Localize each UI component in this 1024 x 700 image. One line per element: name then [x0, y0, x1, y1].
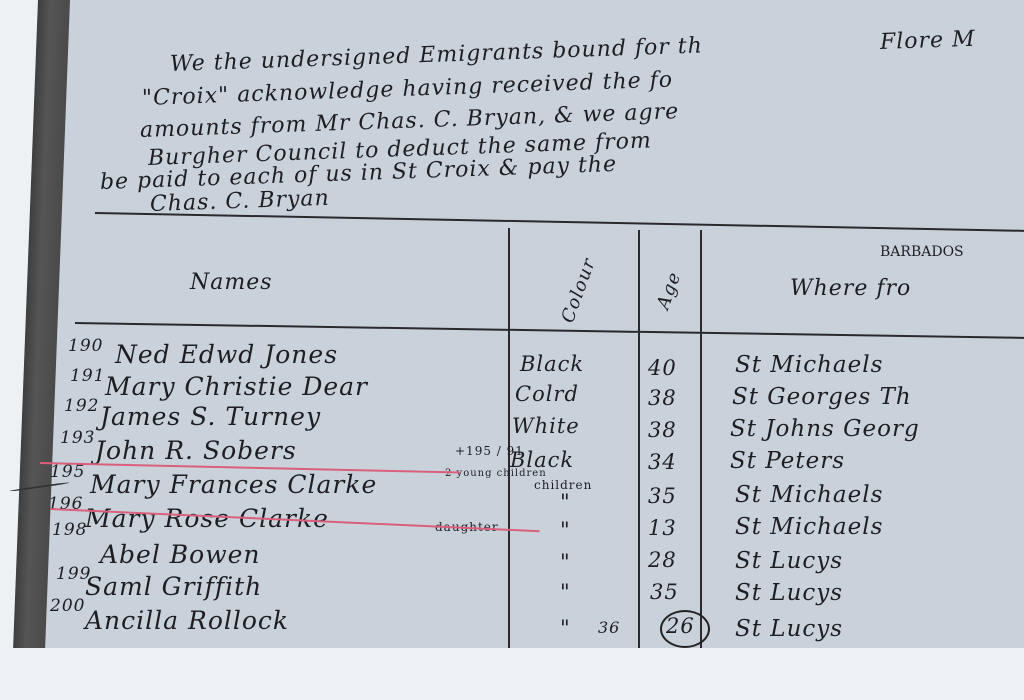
row-name: John R. Sobers — [95, 436, 297, 465]
row-name: James S. Turney — [100, 402, 321, 431]
row-age: 40 — [648, 356, 677, 380]
row-number: 190 — [68, 336, 103, 356]
row-colour: " — [560, 490, 571, 514]
bottom-page-margin — [0, 648, 1024, 700]
barbados-annotation: BARBADOS — [880, 244, 964, 260]
row-colour: " — [560, 518, 571, 542]
row-parish: St Michaels — [735, 352, 883, 378]
column-header-where-from: Where fro — [790, 276, 911, 301]
row-number: 200 — [50, 596, 85, 616]
row-parish: St Lucys — [735, 580, 843, 606]
row-colour: " — [560, 616, 571, 640]
column-header-names: Names — [190, 270, 273, 295]
row-name: Mary Frances Clarke — [90, 470, 377, 499]
row-parish: St Johns Georg — [730, 416, 920, 442]
row-age: 13 — [648, 516, 677, 540]
row-number: 192 — [64, 396, 99, 416]
children-label: children — [534, 478, 592, 492]
row-parish: St Michaels — [735, 514, 883, 540]
plus-note: +195 / 91 — [455, 444, 524, 458]
row-colour: Colrd — [515, 382, 579, 406]
row-age: 28 — [648, 548, 677, 572]
row-parish: St Georges Th — [732, 384, 912, 410]
row-age: 35 — [650, 580, 679, 604]
row-colour: White — [512, 414, 580, 438]
row-number: 198 — [52, 520, 87, 540]
age-circle-mark — [660, 610, 710, 648]
row-age: 38 — [648, 418, 677, 442]
parish-column-divider — [700, 230, 702, 648]
row-colour: Black — [520, 352, 584, 376]
row-age: 35 — [648, 484, 677, 508]
colour-column-divider — [508, 228, 510, 648]
age-margin-note: 36 — [598, 618, 620, 637]
row-name: Ancilla Rollock — [85, 606, 289, 635]
row-parish: St Peters — [730, 448, 845, 474]
row-colour: " — [560, 550, 571, 574]
row-name: Abel Bowen — [100, 540, 261, 569]
row-number: 191 — [70, 366, 105, 386]
row-number: 195 — [50, 462, 85, 482]
row-parish: St Lucys — [735, 548, 843, 574]
row-parish: St Lucys — [735, 616, 843, 642]
row-colour: " — [560, 580, 571, 604]
young-children-note: 2 young children — [445, 468, 547, 479]
header-right-text: Flore M — [880, 27, 976, 55]
row-age: 38 — [648, 386, 677, 410]
row-parish: St Michaels — [735, 482, 883, 508]
row-name: Ned Edwd Jones — [115, 340, 338, 369]
row-name: Mary Christie Dear — [105, 372, 368, 401]
age-column-divider — [638, 230, 640, 648]
row-name: Saml Griffith — [85, 572, 262, 601]
row-age: 34 — [648, 450, 677, 474]
row-number: 193 — [60, 428, 95, 448]
